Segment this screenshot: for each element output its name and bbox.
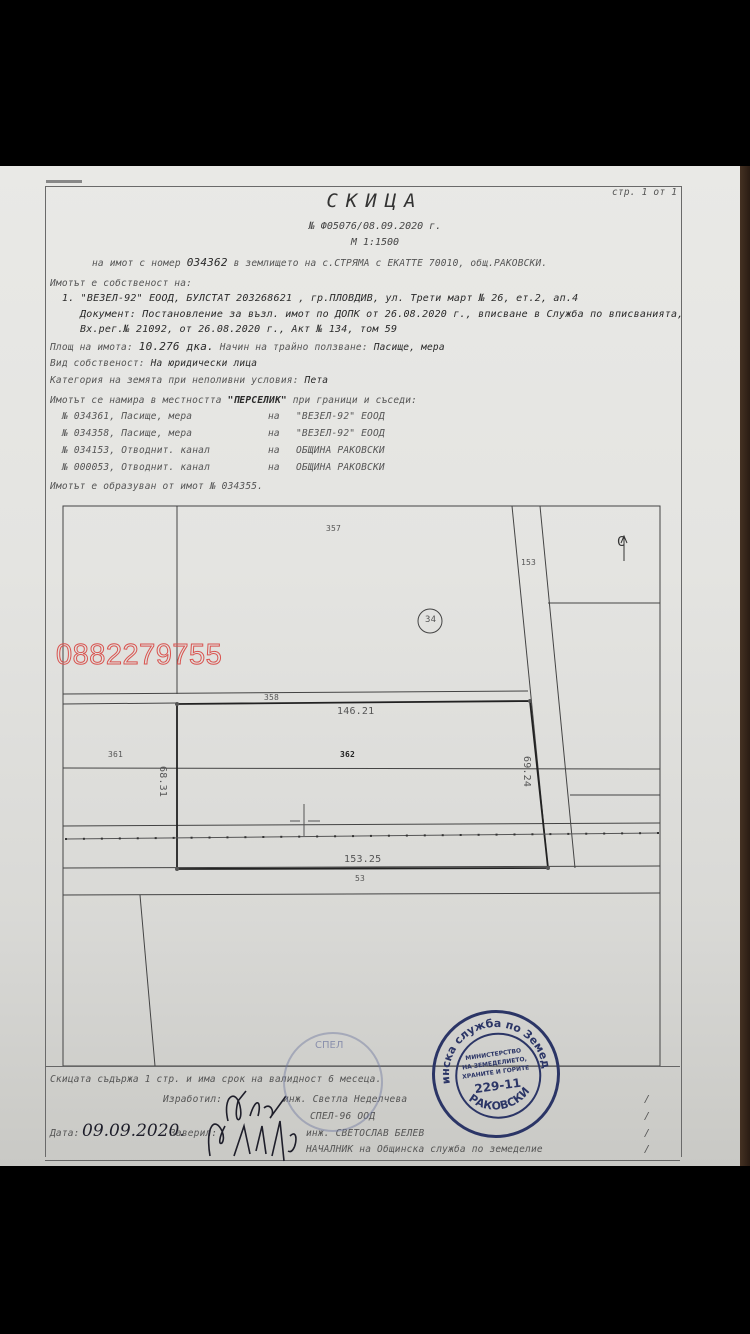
official-stamp: Общинска служба по Земеделие РАКОВСКИ МИ… xyxy=(424,1002,569,1147)
signatures xyxy=(0,166,740,1166)
photo-background-bottom xyxy=(0,1166,750,1334)
company-stamp: СПЕЛ xyxy=(283,1032,383,1132)
document-paper: стр. 1 от 1 СКИЦА № Ф05076/08.09.2020 г.… xyxy=(0,166,740,1166)
photo-background-top xyxy=(0,0,750,166)
signature-prepared xyxy=(227,1091,286,1121)
signature-certified xyxy=(209,1121,296,1161)
